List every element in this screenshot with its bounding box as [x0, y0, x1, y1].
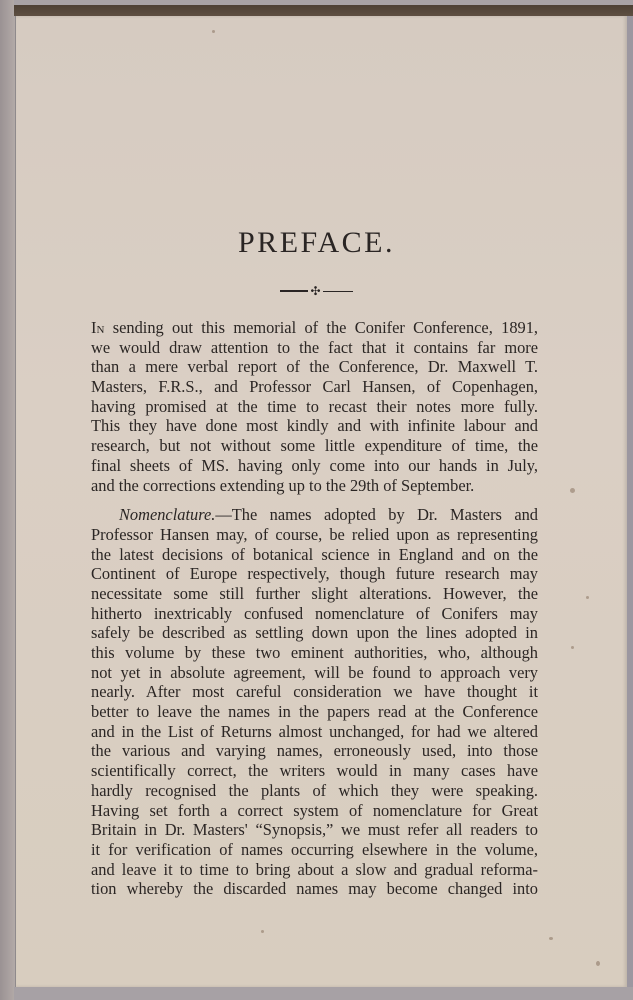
text-line: hitherto inextricably confused nomenclat…: [91, 604, 538, 624]
text-line: and in the List of Returns almost unchan…: [91, 722, 538, 742]
text-line: and the corrections extending up to the …: [91, 476, 538, 496]
text-line: safely be described as settling down upo…: [91, 623, 538, 643]
adjacent-page-edge: [0, 0, 15, 1000]
background-surface-bottom: [14, 987, 633, 1000]
paper-speck: [571, 646, 574, 649]
paper-speck: [549, 937, 553, 940]
paper-speck: [586, 596, 589, 599]
paper-speck: [570, 488, 575, 493]
ornament-rule-left: [280, 290, 308, 292]
text-line: the various and varying names, erroneous…: [91, 741, 538, 761]
text-line: Having set forth a correct system of nom…: [91, 801, 538, 821]
text-line: hardly recognised the plants of which th…: [91, 781, 538, 801]
text-line: final sheets of MS. having only come int…: [91, 456, 538, 476]
text-line: better to leave the names in the papers …: [91, 702, 538, 722]
text-line: research, but not without some little ex…: [91, 436, 538, 456]
text-line: nearly. After most careful consideration…: [91, 682, 538, 702]
text-line: Professor Hansen may, of course, be reli…: [91, 525, 538, 545]
book-top-edge: [14, 5, 633, 16]
paragraph-nomenclature: Nomenclature.—The names adopted by Dr. M…: [91, 505, 538, 899]
paper-speck: [596, 961, 600, 966]
text-line: this volume by these two eminent authori…: [91, 643, 538, 663]
text-line: and leave it to time to bring about a sl…: [91, 860, 538, 880]
text-line: Britain in Dr. Masters' “Synopsis,” we m…: [91, 820, 538, 840]
lead-smallcaps: In: [91, 318, 104, 337]
text-line: Masters, F.R.S., and Professor Carl Hans…: [91, 377, 538, 397]
title-ornament: ✣: [0, 285, 633, 297]
body-text: In sending out this memorial of the Coni…: [91, 318, 538, 899]
text-line: it for verification of names occurring e…: [91, 840, 538, 860]
paragraph-gap: [91, 495, 538, 505]
text-line: Nomenclature.—The names adopted by Dr. M…: [91, 505, 538, 525]
text-line: not yet in absolute agreement, will be f…: [91, 663, 538, 683]
paper-speck: [261, 930, 264, 933]
paragraph-intro: In sending out this memorial of the Coni…: [91, 318, 538, 495]
page-title: PREFACE.: [0, 226, 633, 260]
text-line: than a mere verbal report of the Confere…: [91, 357, 538, 377]
text-line: In sending out this memorial of the Coni…: [91, 318, 538, 338]
lead-italic: Nomenclature.: [119, 505, 215, 524]
text-line: This they have done most kindly and with…: [91, 416, 538, 436]
ornament-rule-right: [323, 291, 353, 292]
text-line: the latest decisions of botanical scienc…: [91, 545, 538, 565]
cross-ornament-icon: ✣: [310, 285, 320, 297]
text-line: necessitate some still further slight al…: [91, 584, 538, 604]
text-line: Continent of Europe respectively, though…: [91, 564, 538, 584]
text-line: tion whereby the discarded names may bec…: [91, 879, 538, 899]
paper-speck: [212, 30, 215, 33]
background-surface-right: [627, 16, 633, 1000]
text-line: we would draw attention to the fact that…: [91, 338, 538, 358]
text-line: having promised at the time to recast th…: [91, 397, 538, 417]
text-line: scientifically correct, the writers woul…: [91, 761, 538, 781]
